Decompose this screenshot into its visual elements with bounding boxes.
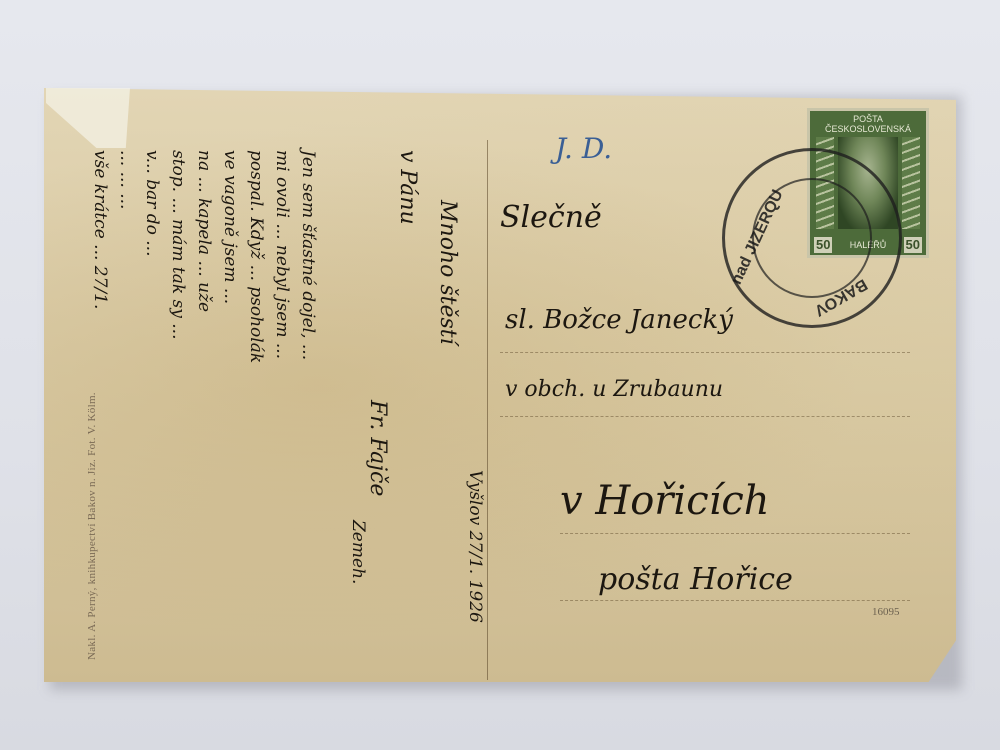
initials: J. D.: [555, 132, 612, 165]
address-line: [500, 352, 910, 353]
divider-line: [487, 140, 488, 680]
message-greeting-2: v Pánu: [395, 150, 420, 225]
address-name: sl. Božce Janecký: [505, 305, 733, 335]
message-line: v... bar do ...: [142, 150, 162, 256]
message-line: Zemeh.: [348, 520, 368, 584]
message-line: na ... kapela ... uže: [194, 150, 214, 312]
address-post-office: pošta Hořice: [598, 562, 793, 597]
address-line: [560, 600, 910, 601]
address-line: [500, 416, 910, 417]
message-line: ve vagoně jsem ...: [220, 150, 240, 304]
address-street: v obch. u Zrubaunu: [505, 377, 723, 402]
address-town: v Hořicích: [560, 478, 770, 524]
message-line: stop. ... mám tak sy ...: [168, 150, 188, 340]
message-signature: Fr. Fajče: [365, 400, 390, 496]
message-line: pospal. Když ... psoholák: [246, 150, 266, 363]
message-line: Jen sem šťastné dojel, ...: [298, 150, 318, 360]
stamp-text-country: ČESKOSLOVENSKÁ: [825, 124, 911, 134]
stamp-value-right: 50: [904, 237, 922, 253]
stamp-text-posta: POŠTA: [853, 114, 883, 124]
message-line: vše krátce ... 27/1.: [90, 150, 110, 309]
address-salutation: Slečně: [500, 200, 602, 235]
message-greeting-1: Mnoho štěstí: [435, 200, 460, 345]
publisher-imprint: Nakl. A. Perný, knihkupectví Bakov n. Ji…: [86, 392, 98, 660]
address-line: [560, 533, 910, 534]
message-line: mi ovoli ... nebyl jsem ...: [272, 150, 292, 359]
message-line: ... ... ...: [116, 150, 136, 209]
leaf-ornament-icon: [902, 137, 920, 229]
serial-number: 16095: [872, 606, 900, 618]
message-date: Vyšlov 27/1. 1926: [465, 470, 485, 623]
